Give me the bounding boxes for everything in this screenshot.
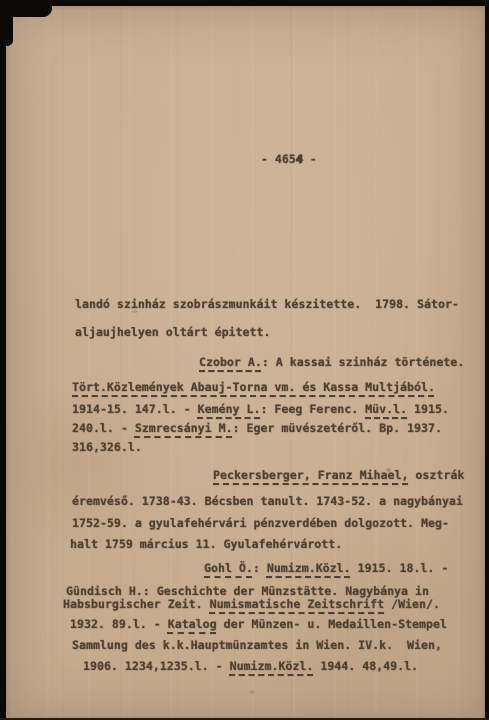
text-segment: /Wien/. (384, 597, 440, 611)
text-segment: 1914-15. 147.l. - (72, 402, 198, 416)
text-line: 1752-59. a gyulafehérvári pénzverdében d… (72, 516, 449, 530)
text-segment: 1915. (407, 402, 449, 416)
text-segment: : A kassai szinház története. (262, 355, 464, 369)
text-segment: 240.l. - (72, 421, 135, 435)
text-line: 1906. 1234,1235.l. - Numizm.Közl. 1944. … (83, 659, 418, 673)
document-scan: - 4654 - landó szinház szobrászmunkáit k… (0, 0, 489, 720)
text-line: 1914-15. 147.l. - Kemény L.: Feeg Ferenc… (72, 402, 449, 416)
text-segment: : (253, 561, 267, 575)
text-line: 316,326.l. (72, 440, 142, 454)
underlined-text-segment: Kemény L. (198, 402, 261, 416)
text-segment: 1944. 48,49.l. (313, 659, 418, 673)
text-segment: éremvéső. 1738-43. Bécsben tanult. 1743-… (72, 494, 463, 508)
text-segment: 316,326.l. (72, 440, 142, 454)
text-line: Peckersberger, Franz Mihael, osztrák (213, 468, 464, 482)
text-line: Habsburgischer Zeit. Numismatische Zeits… (63, 597, 440, 611)
underlined-text-segment: Numizm.Közl. (267, 561, 351, 575)
underlined-text-segment: Peckersberger, Franz Mihael, (213, 468, 408, 482)
text-segment: 1932. 89.l. - (70, 617, 168, 631)
text-line: aljaujhelyen oltárt épitett. (75, 325, 270, 339)
underlined-text-segment: Müv.l. (365, 402, 407, 416)
text-segment: : Eger müvészetéről. Bp. 1937. (233, 421, 442, 435)
text-line: Gohl Ö.: Numizm.Közl. 1915. 18.l. - (204, 561, 448, 575)
text-line: 1932. 89.l. - Katalog der Münzen- u. Med… (70, 617, 447, 631)
text-segment: Sammlung des k.k.Hauptmünzamtes in Wien.… (72, 638, 442, 652)
text-line: Czobor A.: A kassai szinház története. (199, 355, 464, 369)
text-line: Gündisch H.: Geschichte der Münzstätte. … (66, 584, 429, 598)
text-segment: aljaujhelyen oltárt épitett. (75, 325, 270, 339)
text-line: éremvéső. 1738-43. Bécsben tanult. 1743-… (72, 494, 463, 508)
underlined-text-segment: Gohl Ö. (204, 561, 253, 575)
page-number: - 4654 - (219, 138, 317, 180)
text-segment: osztrák (408, 468, 464, 482)
underlined-text-segment: Katalog (168, 617, 217, 631)
text-segment: 1752-59. a gyulafehérvári pénzverdében d… (72, 516, 449, 530)
typewritten-text-layer: - 4654 - landó szinház szobrászmunkáit k… (0, 0, 489, 720)
page-number-prefix: - 465 (261, 152, 296, 166)
text-segment: 1906. 1234,1235.l. - (83, 659, 230, 673)
text-segment: halt 1759 március 11. Gyulafehérvárott. (70, 537, 342, 551)
text-line: halt 1759 március 11. Gyulafehérvárott. (70, 537, 342, 551)
page-number-overstruck-digit: 4 (296, 152, 303, 166)
text-segment: : Feeg Ferenc. (260, 402, 365, 416)
text-segment: 1915. 18.l. - (351, 561, 449, 575)
text-segment: landó szinház szobrászmunkáit készitette… (75, 297, 459, 311)
text-segment: der Münzen- u. Medaillen-Stempel (217, 617, 447, 631)
underlined-text-segment: Szmrecsányi M. (135, 421, 233, 435)
text-line: 240.l. - Szmrecsányi M.: Eger müvészetér… (72, 421, 442, 435)
underlined-text-segment: Czobor A. (199, 355, 262, 369)
text-line: Tört.Közlemények Abauj-Torna vm. és Kass… (72, 380, 435, 394)
underlined-text-segment: Numizm.Közl. (230, 659, 314, 673)
text-segment: Gündisch H.: Geschichte der Münzstätte. … (66, 584, 429, 598)
page-number-suffix: - (303, 152, 317, 166)
text-line: Sammlung des k.k.Hauptmünzamtes in Wien.… (72, 638, 442, 652)
underlined-text-segment: Numismatische Zeitschrift (210, 597, 385, 611)
underlined-text-segment: Tört.Közlemények Abauj-Torna vm. és Kass… (72, 380, 435, 394)
text-segment: Habsburgischer Zeit. (63, 597, 210, 611)
text-line: landó szinház szobrászmunkáit készitette… (75, 297, 459, 311)
